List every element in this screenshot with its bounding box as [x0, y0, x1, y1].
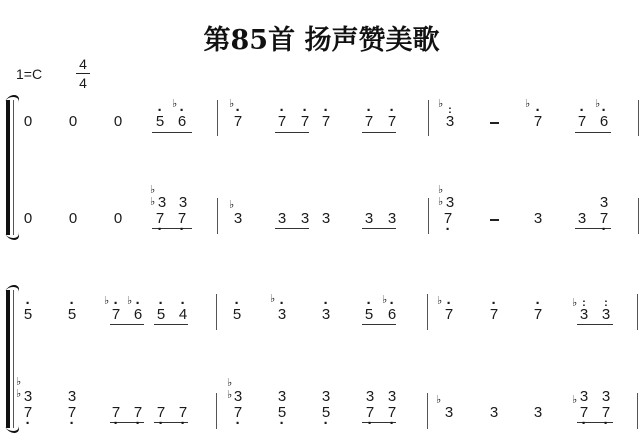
note: 3: [276, 211, 288, 227]
flat-icon: ♭: [438, 97, 443, 110]
time-signature-top: 4: [79, 56, 87, 72]
note: 5: [320, 405, 332, 421]
note: 7: [532, 307, 544, 323]
note: 7: [154, 211, 166, 227]
note: 3: [363, 211, 375, 227]
flat-icon: ♭: [438, 195, 443, 208]
beam-underline: [275, 132, 309, 133]
beam-underline: [110, 324, 144, 325]
barline: [638, 100, 639, 136]
note: 3: [177, 195, 189, 211]
note: 3: [600, 307, 612, 323]
note: 6: [386, 307, 398, 323]
note: 5: [155, 307, 167, 323]
note: 7: [155, 405, 167, 421]
flat-icon: ♭: [437, 294, 442, 307]
note: 4: [177, 307, 189, 323]
note: 7: [578, 405, 590, 421]
note: 3: [156, 195, 168, 211]
note: 5: [363, 307, 375, 323]
barline: [216, 294, 217, 330]
note: 6: [132, 307, 144, 323]
note: 3: [600, 389, 612, 405]
note: 7: [443, 307, 455, 323]
note: 3: [578, 389, 590, 405]
extension-dash: [490, 122, 499, 124]
note: 7: [132, 405, 144, 421]
beam-underline: [154, 324, 188, 325]
flat-icon: ♭: [572, 393, 577, 406]
note: 7: [232, 114, 244, 130]
beam-underline: [577, 324, 613, 325]
note: 7: [232, 405, 244, 421]
beam-underline: [152, 132, 192, 133]
note: 6: [598, 114, 610, 130]
note: 7: [320, 114, 332, 130]
note: 7: [110, 405, 122, 421]
note: 7: [386, 405, 398, 421]
system-brace: [6, 100, 14, 235]
barline: [637, 393, 638, 429]
flat-icon: ♭: [150, 195, 155, 208]
beam-underline: [362, 132, 396, 133]
note: 7: [576, 114, 588, 130]
note: 3: [576, 211, 588, 227]
note: 7: [110, 307, 122, 323]
note: 7: [176, 211, 188, 227]
note: 5: [66, 307, 78, 323]
barline: [217, 100, 218, 136]
note: 6: [176, 114, 188, 130]
beam-underline: [362, 324, 396, 325]
note: 7: [386, 114, 398, 130]
barline: [427, 294, 428, 330]
note: 3: [276, 389, 288, 405]
note: 7: [488, 307, 500, 323]
beam-underline: [575, 132, 611, 133]
barline: [427, 393, 428, 429]
note: 7: [364, 405, 376, 421]
note: 3: [22, 389, 34, 405]
extension-dash: [490, 219, 499, 221]
note: 7: [22, 405, 34, 421]
note: 3: [598, 195, 610, 211]
note: 7: [66, 405, 78, 421]
time-signature-line: [76, 73, 90, 74]
note: 7: [177, 405, 189, 421]
note: 5: [22, 307, 34, 323]
note: 3: [66, 389, 78, 405]
note: 3: [532, 211, 544, 227]
note: 3: [320, 307, 332, 323]
note: 3: [299, 211, 311, 227]
system-brace: [6, 290, 14, 428]
note: 7: [600, 405, 612, 421]
note: 0: [67, 211, 79, 227]
barline: [428, 100, 429, 136]
note: 0: [22, 211, 34, 227]
note: 3: [386, 389, 398, 405]
note: 3: [276, 307, 288, 323]
note: 0: [22, 114, 34, 130]
flat-icon: ♭: [436, 393, 441, 406]
note: 5: [276, 405, 288, 421]
note: 3: [320, 389, 332, 405]
note: 7: [299, 114, 311, 130]
note: 3: [443, 405, 455, 421]
note: 3: [232, 389, 244, 405]
note: 3: [444, 195, 456, 211]
barline: [637, 294, 638, 330]
note: 7: [598, 211, 610, 227]
beam-underline: [275, 228, 309, 229]
note: 3: [578, 307, 590, 323]
note: 3: [444, 114, 456, 130]
note: 0: [67, 114, 79, 130]
note: 3: [232, 211, 244, 227]
note: 3: [386, 211, 398, 227]
key-signature: 1=C: [16, 66, 42, 82]
note: 7: [363, 114, 375, 130]
note: 3: [532, 405, 544, 421]
note: 0: [112, 211, 124, 227]
flat-icon: ♭: [104, 294, 109, 307]
barline: [638, 198, 639, 234]
note: 5: [154, 114, 166, 130]
barline: [217, 198, 218, 234]
note: 7: [532, 114, 544, 130]
note: 3: [488, 405, 500, 421]
note: 5: [231, 307, 243, 323]
note: 3: [364, 389, 376, 405]
time-signature-bottom: 4: [79, 75, 87, 91]
note: 7: [276, 114, 288, 130]
flat-icon: ♭: [16, 387, 21, 400]
time-signature: 4 4: [76, 56, 90, 91]
note: 0: [112, 114, 124, 130]
barline: [428, 198, 429, 234]
flat-icon: ♭: [270, 292, 275, 305]
note: 3: [320, 211, 332, 227]
note: 7: [442, 211, 454, 227]
barline: [216, 393, 217, 429]
beam-underline: [362, 228, 396, 229]
flat-icon: ♭: [525, 97, 530, 110]
song-title: 第85首 扬声赞美歌: [0, 18, 643, 57]
flat-icon: ♭: [572, 296, 577, 309]
